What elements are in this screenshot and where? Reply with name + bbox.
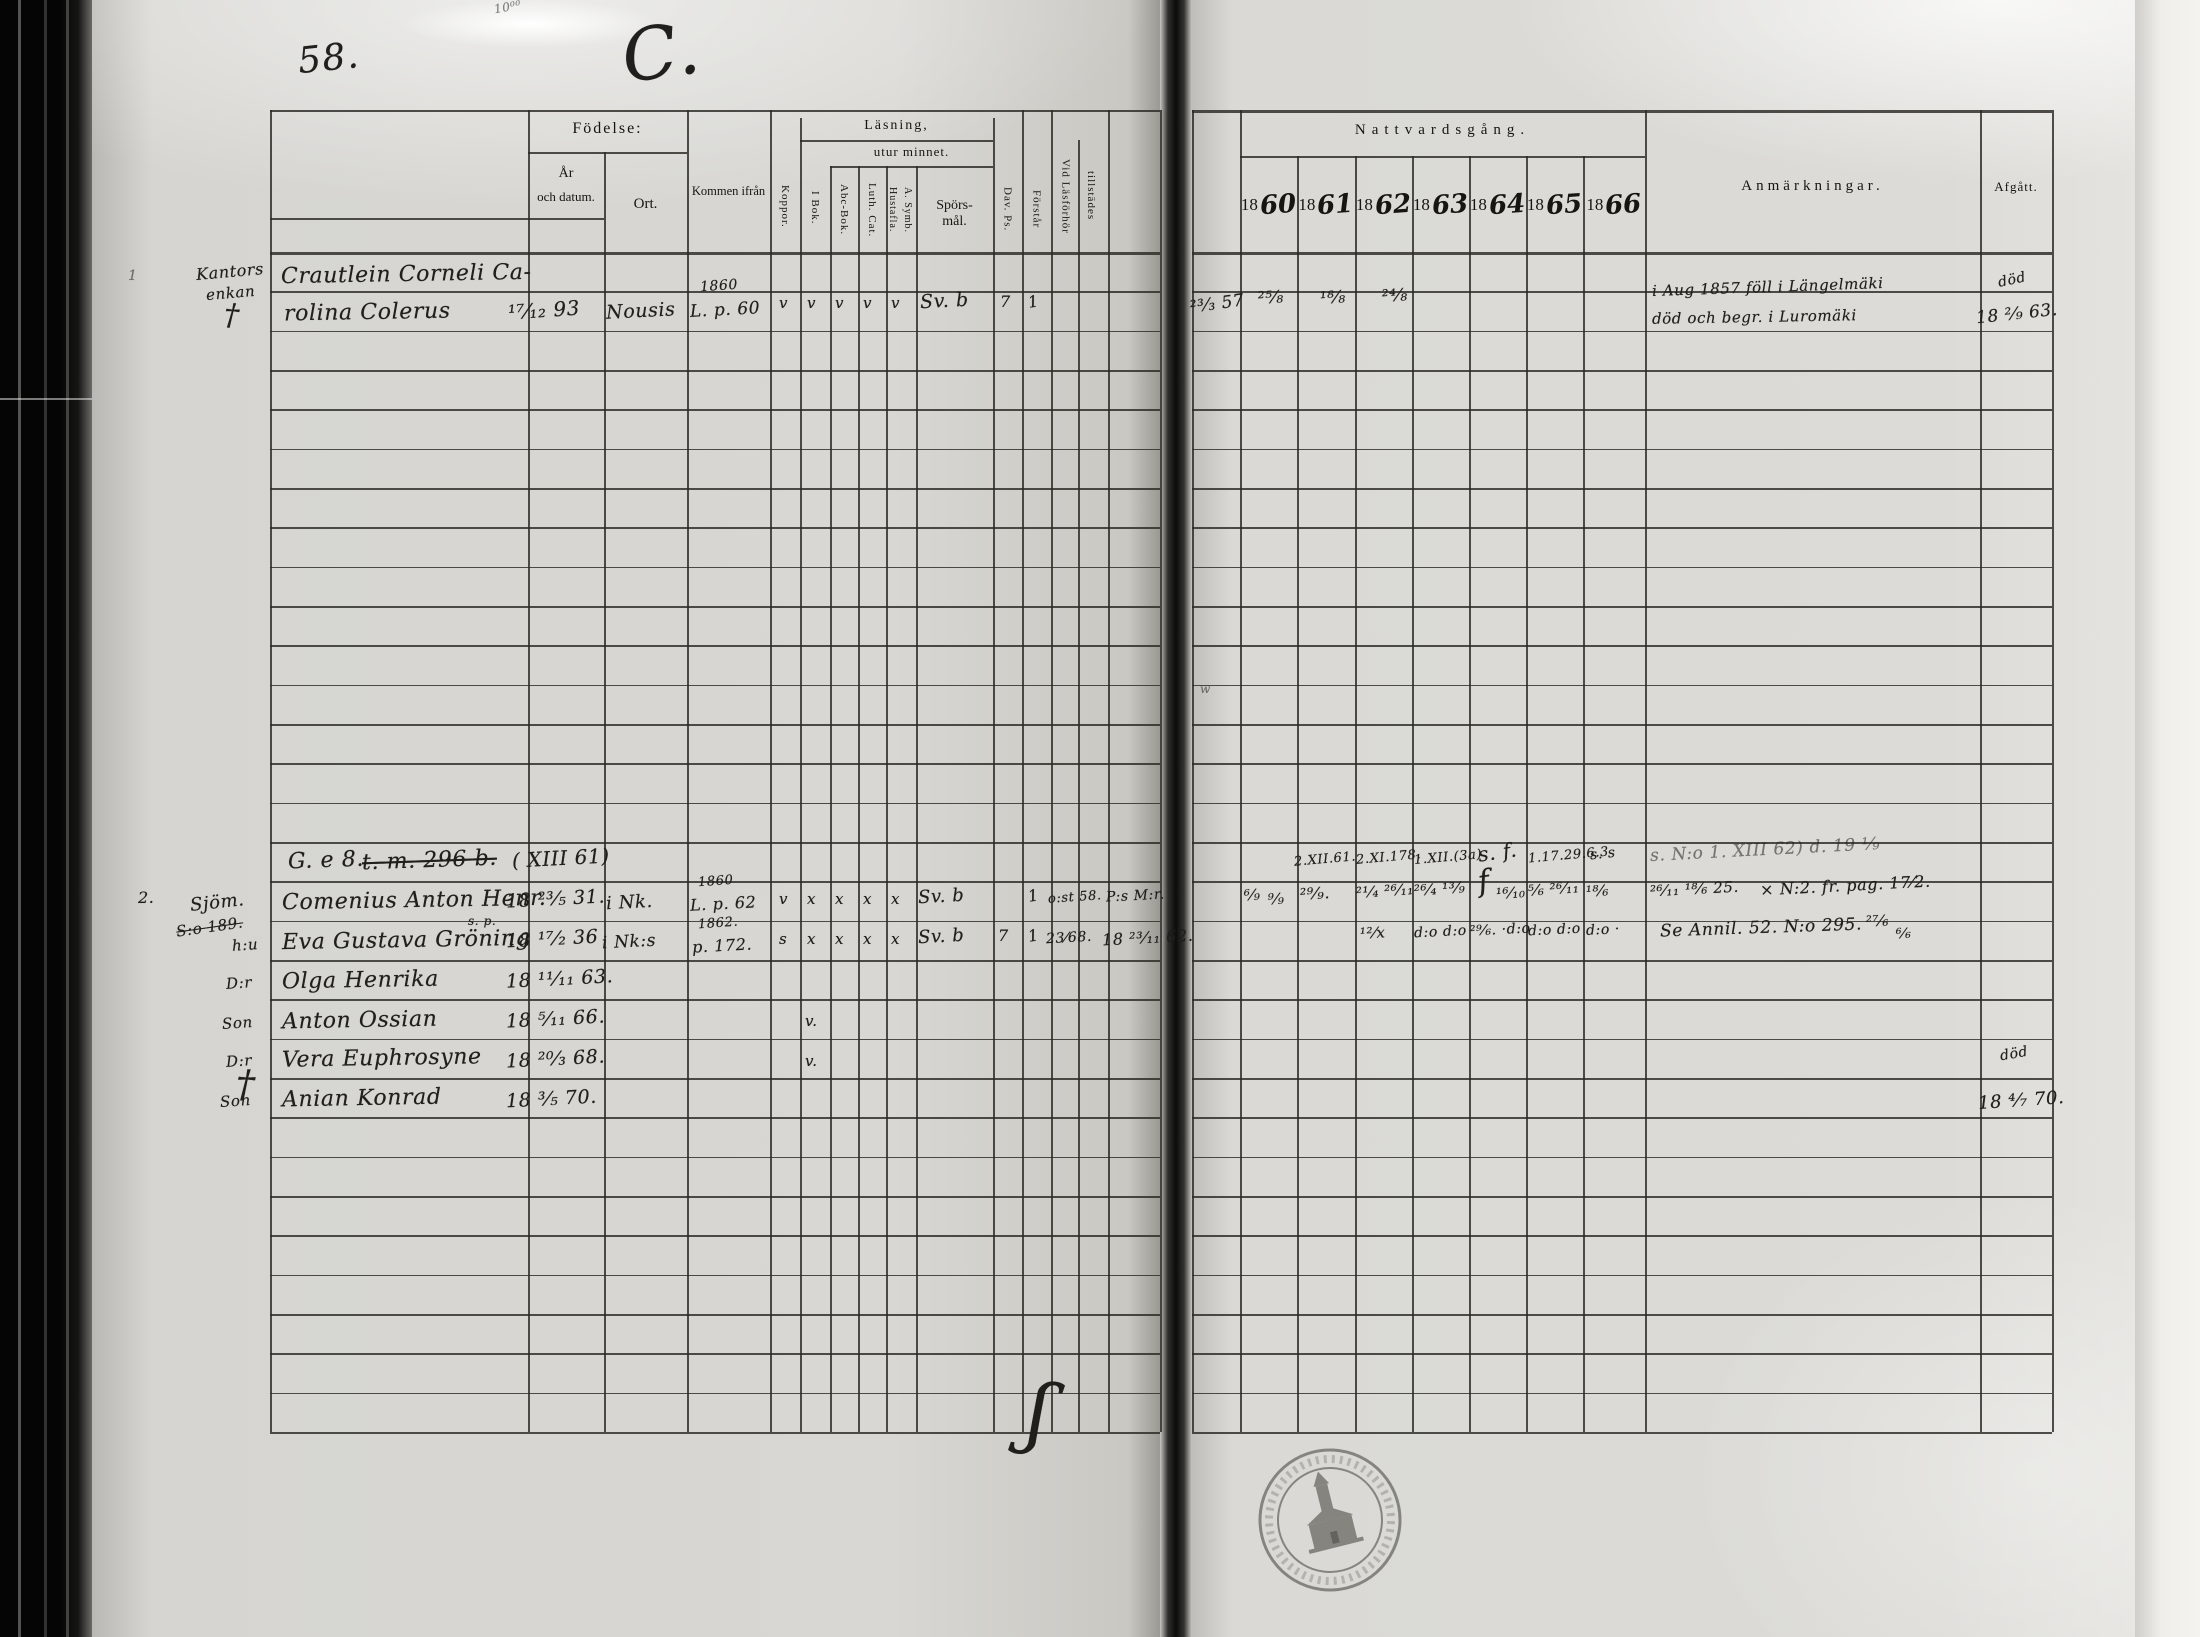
- grid-line: [270, 960, 1160, 962]
- handwriting-note: ²⁹⁄₆. ·d:o: [1470, 920, 1531, 939]
- book-gutter: [1160, 0, 1192, 1637]
- header-dav-ps: Dav. Ps.: [993, 166, 1022, 252]
- grid-line: [1192, 606, 2052, 608]
- grid-line: [1192, 763, 2052, 765]
- grid-line: [270, 1078, 1160, 1080]
- grid-line: [270, 449, 1160, 451]
- year-column-label: 1860: [1240, 160, 1297, 250]
- handwriting-note: d:o d:o: [1528, 921, 1582, 940]
- handwriting-note: 2.: [138, 888, 154, 907]
- handwriting-note: 7: [998, 926, 1009, 945]
- handwriting-note: x: [863, 890, 872, 908]
- year-column-label: 1864: [1469, 160, 1526, 250]
- grid-line: [886, 166, 888, 1432]
- handwriting-note: x: [863, 930, 872, 948]
- grid-line: [270, 488, 1160, 490]
- grid-line: [993, 118, 995, 1432]
- header-a-symb: A. Symb.: [899, 168, 916, 252]
- grid-line: [270, 527, 1160, 529]
- grid-line: [1192, 1117, 2052, 1119]
- grid-line: [270, 218, 604, 220]
- year-suffix: 62: [1374, 189, 1412, 221]
- handwriting-note: Nousis: [605, 298, 676, 324]
- handwriting-note: ⁹⁄₉: [1267, 889, 1285, 908]
- grid-line: [270, 409, 1160, 411]
- grid-line: [270, 370, 1160, 372]
- header-vid-lasforhor: Vid Läsförhör: [1051, 140, 1080, 252]
- grid-line: [800, 140, 993, 142]
- handwriting-note: w: [1200, 682, 1211, 696]
- grid-line: [270, 999, 1160, 1001]
- header-nattvardsgang: Nattvardsgång.: [1240, 122, 1645, 139]
- grid-line: [270, 1393, 1160, 1395]
- grid-line: [1192, 803, 2052, 805]
- handwriting-note: ¹⁷⁄₁₂ 93: [507, 296, 581, 325]
- grid-line: [1192, 921, 2052, 923]
- grid-line: [1108, 110, 1110, 1432]
- grid-line: [1192, 567, 2052, 569]
- grid-line: [1192, 1314, 2052, 1316]
- grid-line: [270, 1353, 1160, 1355]
- year-prefix: 18: [1298, 195, 1315, 215]
- header-tillstades: tillstädes: [1078, 140, 1104, 252]
- year-prefix: 18: [1413, 195, 1430, 215]
- handwriting-note: L. p. 62: [690, 892, 757, 914]
- handwriting-note: p. 172.: [692, 934, 753, 956]
- handwriting-note: död och begr. i Luromäki: [1652, 306, 1857, 328]
- header-forstar: Förstår: [1022, 166, 1051, 252]
- handwriting-note: v: [835, 294, 844, 312]
- handwriting-note: Vera Euphrosyne: [282, 1044, 482, 1072]
- handwriting-note: ¹²⁄x: [1360, 923, 1386, 942]
- grid-line: [1192, 370, 2052, 372]
- year-suffix: 63: [1431, 189, 1469, 221]
- handwriting-note: ²⁴⁄₈: [1381, 285, 1408, 307]
- handwriting-note: v.: [805, 1012, 818, 1030]
- grid-line: [800, 118, 802, 1432]
- grid-line: [1192, 1275, 2052, 1277]
- handwriting-note: d:o ·: [1586, 921, 1621, 939]
- header-fodelse: Födelse:: [528, 120, 687, 138]
- grid-line: [1192, 331, 2052, 333]
- grid-line: [528, 152, 687, 154]
- header-sporsmal-line1: Spörs-: [936, 198, 973, 213]
- grid-line: [1051, 110, 1053, 1432]
- grid-line: [1355, 156, 1357, 1432]
- handwriting-note: †: [235, 1062, 256, 1107]
- grid-line: [1469, 156, 1471, 1432]
- handwriting-note: v: [891, 294, 900, 312]
- year-suffix: 64: [1488, 189, 1526, 221]
- grid-line: [1192, 1196, 2052, 1198]
- handwriting-note: Olga Henrika: [282, 967, 439, 995]
- grid-line: [916, 166, 918, 1432]
- header-luth-cat: Luth. Cat.: [858, 168, 886, 252]
- handwriting-note: 1: [128, 268, 138, 284]
- handwriting-note: Son: [221, 1013, 253, 1033]
- handwriting-note: Anian Konrad: [282, 1085, 442, 1113]
- handwriting-note: G. e 8.: [288, 847, 365, 875]
- grid-line: [270, 842, 1160, 844]
- grid-line: [1192, 999, 2052, 1001]
- grid-line: [270, 606, 1160, 608]
- grid-line: [858, 166, 860, 1432]
- grid-line: [270, 1196, 1160, 1198]
- year-prefix: 18: [1586, 195, 1603, 215]
- handwriting-note: v: [779, 890, 788, 908]
- grid-line: [1192, 252, 2052, 255]
- year-suffix: 65: [1545, 189, 1583, 221]
- year-suffix: 66: [1604, 189, 1642, 221]
- handwriting-note: 7: [1000, 292, 1011, 311]
- handwriting-note: x: [835, 890, 844, 908]
- year-column-label: 1861: [1297, 160, 1355, 250]
- grid-line: [1192, 960, 2052, 962]
- header-ort: Ort.: [604, 196, 687, 213]
- grid-line: [270, 331, 1160, 333]
- grid-line: [1583, 156, 1585, 1432]
- year-prefix: 18: [1241, 195, 1258, 215]
- handwriting-note: Sv. b: [919, 289, 969, 314]
- grid-line: [270, 567, 1160, 569]
- handwriting-note: i Nk.: [605, 891, 653, 914]
- grid-line: [1192, 1393, 2052, 1395]
- grid-line: [1645, 110, 1647, 1432]
- header-afgatt: Afgått.: [1980, 180, 2052, 195]
- film-scratch: [44, 0, 47, 1637]
- handwriting-note: ⁶⁄₆: [1896, 926, 1912, 943]
- handwriting-note: Sv. b: [917, 925, 964, 948]
- scanned-ledger-spread: Födelse: År och datum. Ort. Kommen ifrån…: [0, 0, 2200, 1637]
- handwriting-note: v: [779, 294, 788, 312]
- header-kommen-ifran: Kommen ifrån: [683, 184, 774, 198]
- handwriting-note: ¹⁶⁄₁₀: [1495, 883, 1526, 903]
- grid-line: [1192, 1157, 2052, 1159]
- grid-line: [770, 110, 772, 1432]
- grid-line: [1192, 685, 2052, 687]
- handwriting-note: ¹⁸⁄₈: [1319, 287, 1346, 309]
- handwriting-note: 1860: [699, 277, 738, 296]
- handwriting-note: †: [223, 297, 241, 333]
- grid-line: [687, 110, 689, 1432]
- year-prefix: 18: [1356, 195, 1373, 215]
- handwriting-note: ²⁶⁄₄ ¹³⁄₉: [1413, 878, 1465, 900]
- grid-line: [1297, 156, 1299, 1432]
- handwriting-note: ²⁹⁄₉.: [1299, 883, 1330, 904]
- film-scratch: [66, 0, 69, 1637]
- header-abc-bok: Abc-Bok.: [830, 168, 858, 252]
- handwriting-note: 1860: [698, 873, 734, 890]
- grid-line: [1192, 449, 2052, 451]
- grid-line: [1192, 409, 2052, 411]
- page-edge: [2135, 0, 2200, 1637]
- handwriting-note: t. m. 296 b.: [362, 846, 498, 876]
- handwriting-note: s. s: [1589, 845, 1616, 864]
- grid-line: [604, 152, 606, 1432]
- grid-line: [270, 685, 1160, 687]
- handwriting-note: Eva Gustava Gröning: [282, 926, 531, 955]
- handwriting-note: ⁶⁄₉: [1243, 885, 1261, 904]
- grid-line: [1078, 140, 1080, 1432]
- grid-line: [270, 1117, 1160, 1119]
- handwriting-note: h:u: [231, 935, 258, 955]
- grid-line: [270, 110, 1160, 112]
- grid-line: [1022, 110, 1024, 1432]
- grid-line: [270, 763, 1160, 765]
- grid-line: [1192, 488, 2052, 490]
- handwriting-note: v.: [805, 1052, 818, 1070]
- handwriting-note: ²⁷⁄₆: [1866, 911, 1890, 930]
- grid-line: [1526, 156, 1528, 1432]
- handwriting-note: v: [807, 294, 816, 312]
- header-och-datum: och datum.: [520, 190, 612, 205]
- header-utur-minnet: utur minnet.: [830, 145, 993, 160]
- handwriting-note: D:r: [225, 973, 252, 993]
- handwriting-note: 1862.: [698, 915, 739, 933]
- handwriting-note: ⁵⁄₆ ²⁶⁄₁₁: [1527, 878, 1579, 900]
- grid-line: [1192, 1078, 2052, 1080]
- year-suffix: 61: [1316, 189, 1354, 221]
- grid-line: [270, 803, 1160, 805]
- grid-line: [1192, 724, 2052, 726]
- handwriting-note: x: [835, 930, 844, 948]
- handwriting-note: ¹⁸⁄₆: [1585, 881, 1609, 901]
- film-scratch: [18, 0, 21, 1637]
- grid-line: [270, 1275, 1160, 1277]
- handwriting-note: C.: [617, 5, 706, 99]
- handwriting-note: s: [779, 930, 787, 948]
- handwriting-note: 23⁄68.: [1046, 929, 1093, 947]
- handwriting-note: v: [863, 294, 872, 312]
- handwriting-note: x: [807, 930, 816, 948]
- year-column-label: 1862: [1355, 160, 1412, 250]
- grid-line: [1192, 842, 2052, 844]
- grid-line: [270, 645, 1160, 647]
- handwriting-note: Sv. b: [917, 885, 964, 908]
- handwriting-note: rolina Colerus: [284, 299, 451, 327]
- handwriting-note: i Nk:s: [602, 931, 657, 954]
- year-column-label: 1865: [1526, 160, 1583, 250]
- year-prefix: 18: [1527, 195, 1544, 215]
- grid-line: [1192, 1235, 2052, 1237]
- grid-line: [270, 1157, 1160, 1159]
- header-anmarkningar: Anmärkningar.: [1645, 178, 1980, 195]
- church-icon: [1291, 1465, 1364, 1554]
- grid-line: [1192, 645, 2052, 647]
- grid-line: [1192, 1432, 2052, 1435]
- grid-line: [1160, 110, 1162, 1432]
- grid-line: [1192, 110, 2052, 113]
- handwriting-note: L. p. 60: [690, 298, 761, 322]
- header-i-bok: I Bok.: [800, 164, 830, 252]
- year-suffix: 60: [1259, 189, 1297, 221]
- handwriting-note: 58.: [296, 35, 362, 82]
- handwriting-note: ²⁵⁄₈: [1257, 287, 1284, 309]
- grid-line: [270, 252, 1160, 255]
- grid-line: [1192, 1353, 2052, 1355]
- year-column-label: 1863: [1412, 160, 1469, 250]
- grid-line: [270, 110, 272, 1432]
- grid-line: [1412, 156, 1414, 1432]
- handwriting-note: Anton Ossian: [282, 1007, 438, 1035]
- grid-line: [830, 166, 832, 1432]
- grid-line: [1192, 527, 2052, 529]
- year-column-label: 1866: [1583, 160, 1645, 250]
- handwriting-note: x: [891, 890, 900, 908]
- grid-line: [270, 1235, 1160, 1237]
- header-ar: År: [528, 166, 604, 182]
- year-prefix: 18: [1470, 195, 1487, 215]
- grid-line: [270, 724, 1160, 726]
- handwriting-note: ( XIII 61): [511, 843, 610, 872]
- header-lasning: Läsning,: [800, 118, 993, 134]
- grid-line: [270, 1314, 1160, 1316]
- handwriting-note: x: [891, 930, 900, 948]
- handwriting-note: x: [807, 890, 816, 908]
- handwriting-note: Crautlein Corneli Ca-: [281, 260, 532, 289]
- handwriting-note: P:s M:r.: [1106, 886, 1165, 905]
- header-koppor: Koppor.: [770, 160, 800, 252]
- film-strip: [0, 0, 92, 1637]
- grid-line: [270, 1039, 1160, 1041]
- handwriting-note: d:o d:o: [1414, 923, 1468, 942]
- grid-line: [1192, 1039, 2052, 1041]
- header-sporsmal-line2: mål.: [942, 214, 967, 229]
